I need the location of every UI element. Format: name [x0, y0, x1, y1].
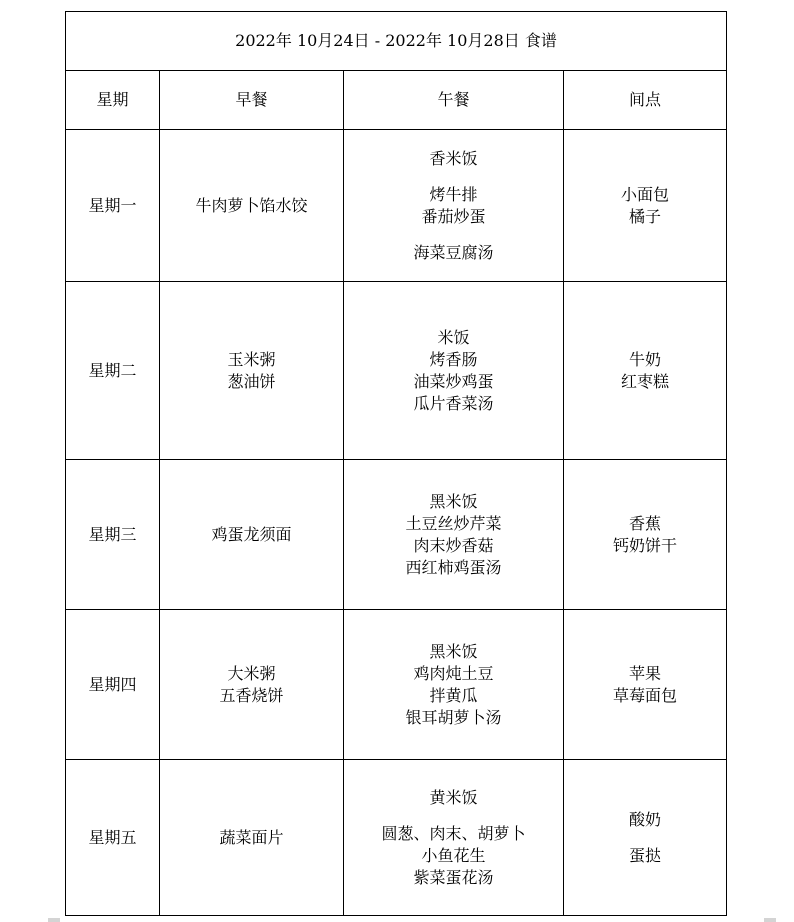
- snack-cell: 香蕉钙奶饼干: [564, 460, 727, 610]
- header-breakfast: 早餐: [160, 71, 344, 130]
- breakfast-cell: 大米粥五香烧饼: [160, 610, 344, 760]
- menu-table: 2022年 10月24日 - 2022年 10月28日 食谱 星期 早餐 午餐 …: [65, 11, 727, 916]
- table-row: 星期四 大米粥五香烧饼 黑米饭鸡肉炖土豆拌黄瓜银耳胡萝卜汤 苹果草莓面包: [66, 610, 727, 760]
- breakfast-cell: 牛肉萝卜馅水饺: [160, 130, 344, 282]
- breakfast-cell: 玉米粥葱油饼: [160, 282, 344, 460]
- lunch-cell: 黑米饭鸡肉炖土豆拌黄瓜银耳胡萝卜汤: [344, 610, 564, 760]
- day-cell: 星期三: [66, 460, 160, 610]
- menu-title: 2022年 10月24日 - 2022年 10月28日 食谱: [66, 12, 727, 71]
- snack-cell: 小面包橘子: [564, 130, 727, 282]
- lunch-cell: 黄米饭 圆葱、肉末、胡萝卜小鱼花生紫菜蛋花汤: [344, 760, 564, 916]
- day-cell: 星期二: [66, 282, 160, 460]
- breakfast-cell: 鸡蛋龙须面: [160, 460, 344, 610]
- scrollbar-right[interactable]: [764, 918, 776, 922]
- header-day: 星期: [66, 71, 160, 130]
- snack-cell: 酸奶蛋挞: [564, 760, 727, 916]
- lunch-cell: 黑米饭土豆丝炒芹菜肉末炒香菇西红柿鸡蛋汤: [344, 460, 564, 610]
- day-cell: 星期四: [66, 610, 160, 760]
- table-row: 星期一 牛肉萝卜馅水饺 香米饭 烤牛排番茄炒蛋 海菜豆腐汤 小面包橘子: [66, 130, 727, 282]
- header-snack: 间点: [564, 71, 727, 130]
- lunch-cell: 米饭烤香肠油菜炒鸡蛋瓜片香菜汤: [344, 282, 564, 460]
- table-row: 星期二 玉米粥葱油饼 米饭烤香肠油菜炒鸡蛋瓜片香菜汤 牛奶红枣糕: [66, 282, 727, 460]
- scrollbar-left[interactable]: [48, 918, 60, 922]
- header-lunch: 午餐: [344, 71, 564, 130]
- snack-cell: 牛奶红枣糕: [564, 282, 727, 460]
- breakfast-cell: 蔬菜面片: [160, 760, 344, 916]
- table-row: 星期三 鸡蛋龙须面 黑米饭土豆丝炒芹菜肉末炒香菇西红柿鸡蛋汤 香蕉钙奶饼干: [66, 460, 727, 610]
- snack-cell: 苹果草莓面包: [564, 610, 727, 760]
- lunch-cell: 香米饭 烤牛排番茄炒蛋 海菜豆腐汤: [344, 130, 564, 282]
- day-cell: 星期五: [66, 760, 160, 916]
- day-cell: 星期一: [66, 130, 160, 282]
- table-row: 星期五 蔬菜面片 黄米饭 圆葱、肉末、胡萝卜小鱼花生紫菜蛋花汤 酸奶蛋挞: [66, 760, 727, 916]
